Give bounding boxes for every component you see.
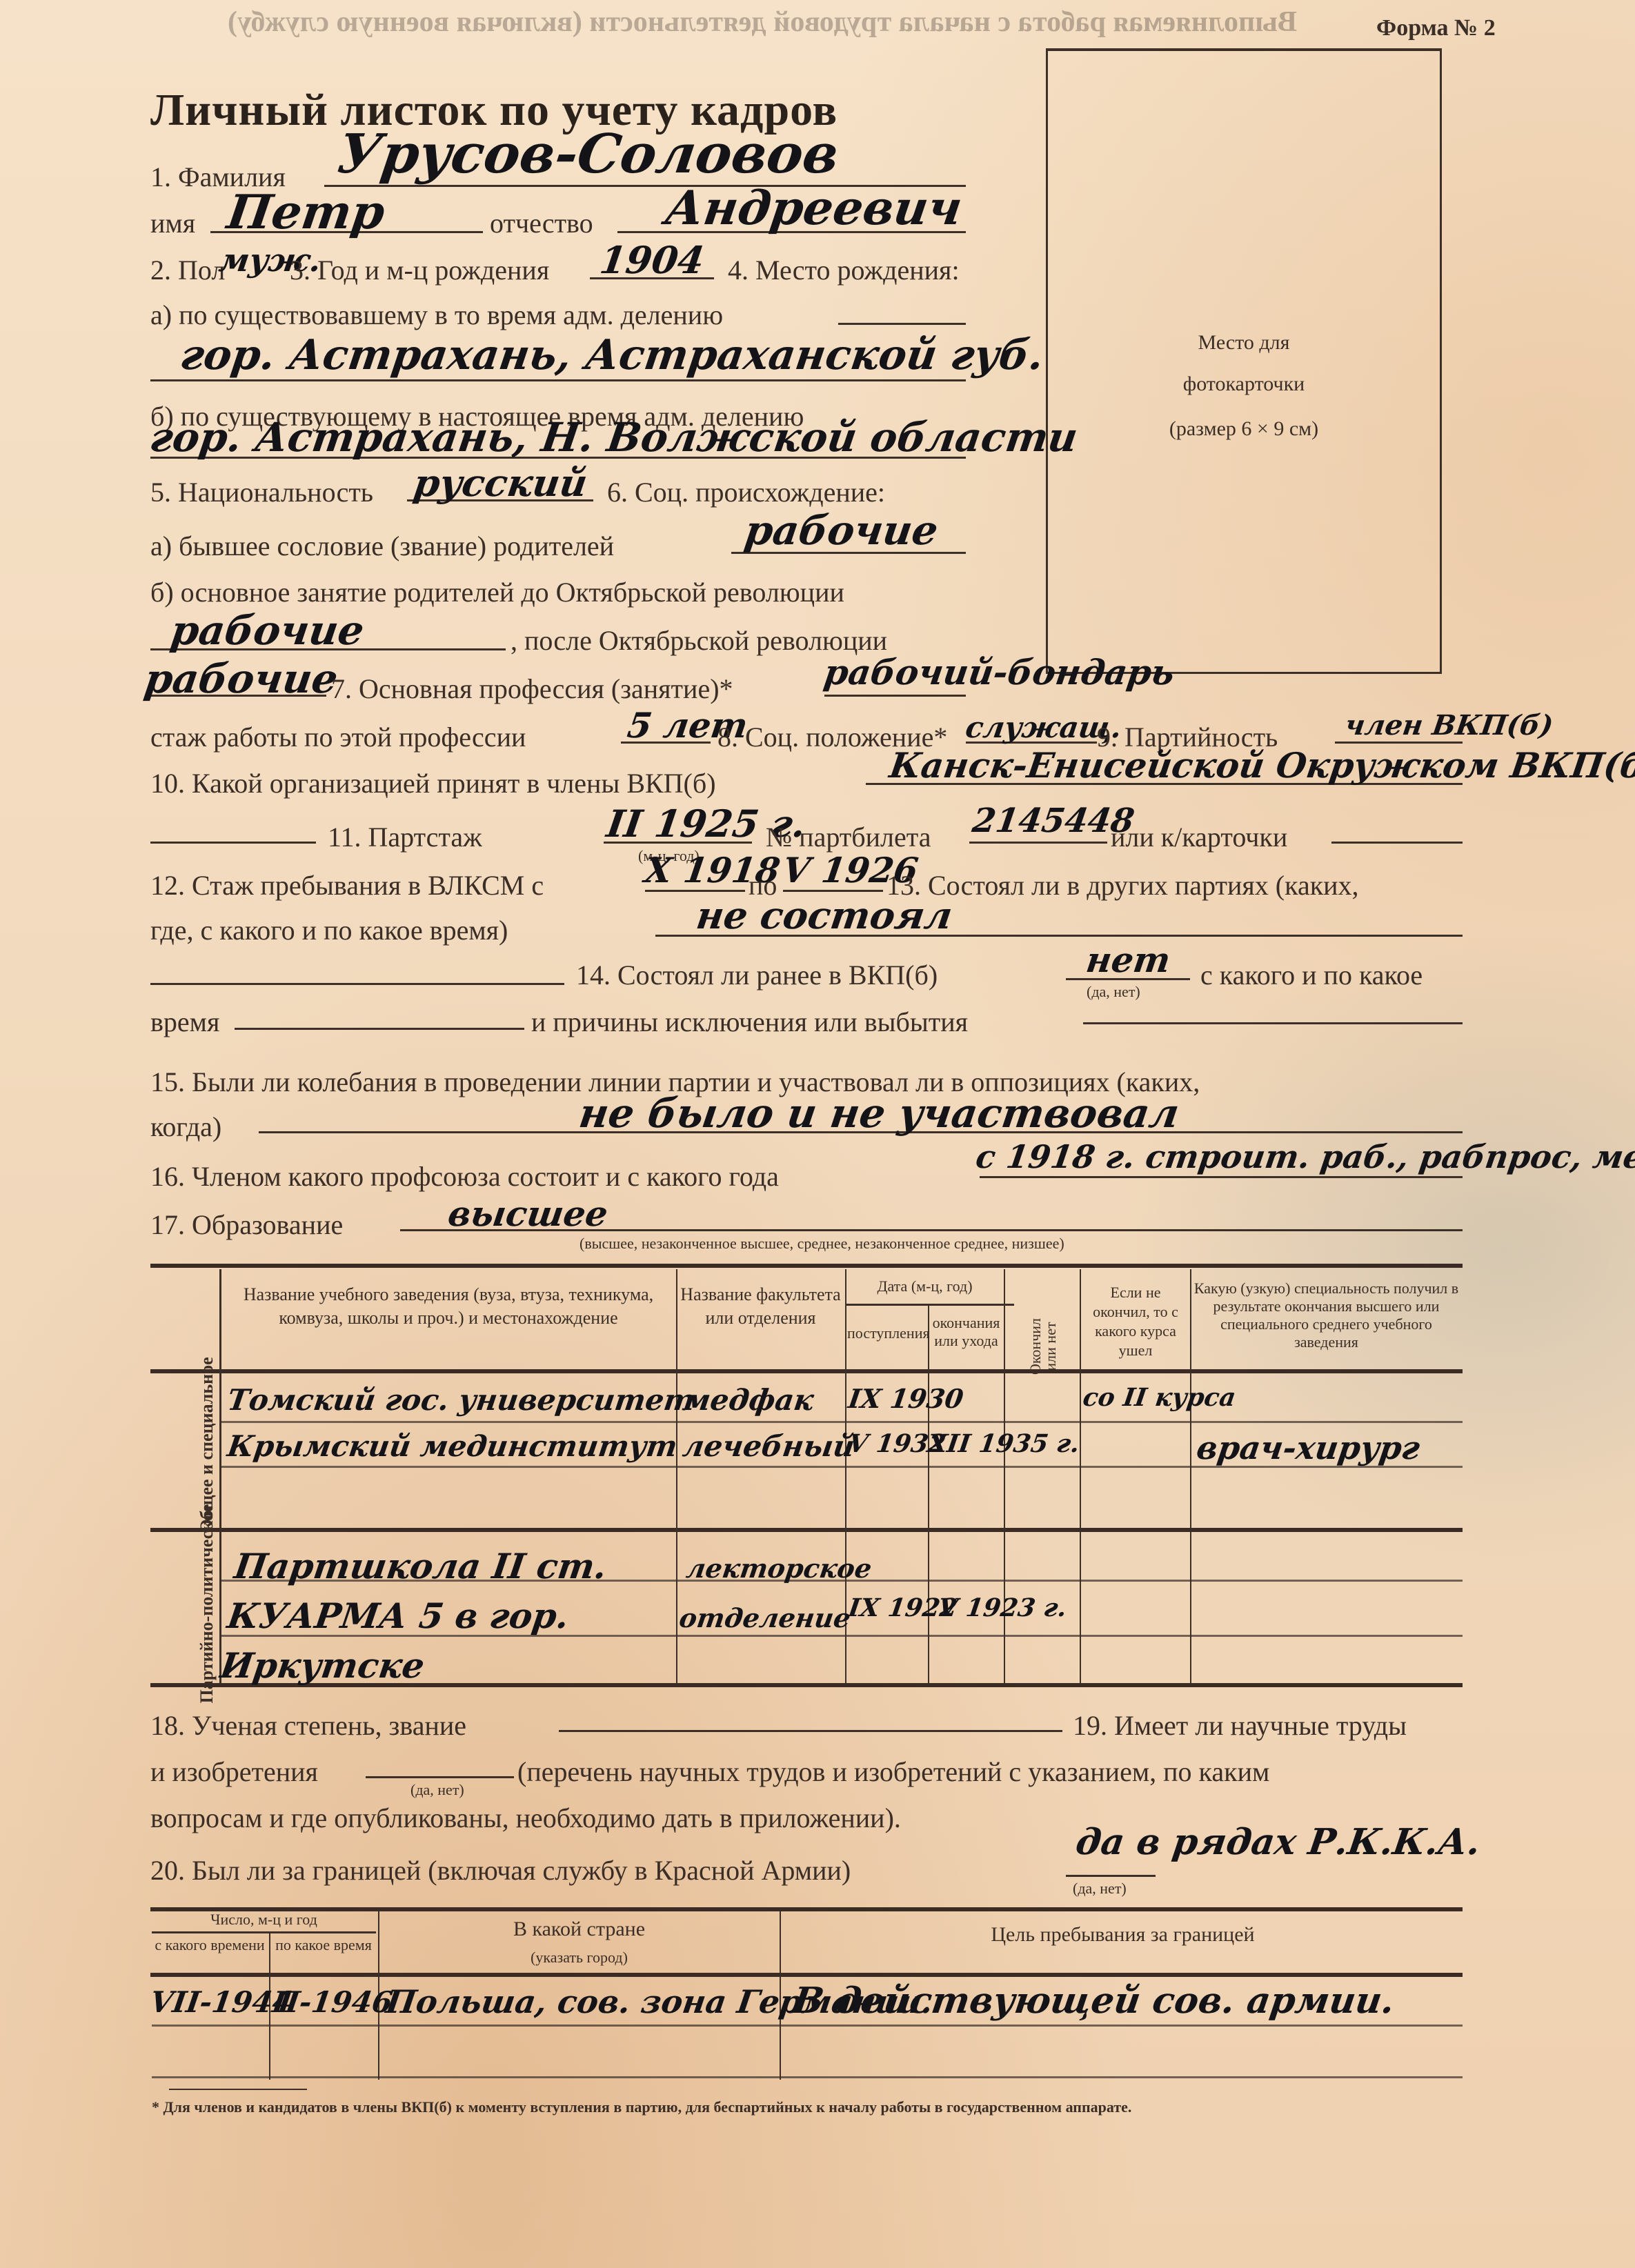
abroad-header-from: с какого времени [152, 1937, 268, 1953]
edu-row2-finished: XII 1935 г. [926, 1429, 1082, 1458]
edu-section-party: Партийно-политическое [197, 1500, 217, 1707]
former-member-label2: с какого и по какое [1200, 959, 1423, 991]
surname-value: Урусов-Соловов [334, 123, 843, 186]
birth-label: 3. Год и м-ц рождения [290, 254, 549, 286]
edu-header-faculty: Название факультета или отделения [680, 1283, 842, 1330]
admitted-by-label: 10. Какой организацией принят в члены ВК… [150, 767, 716, 799]
trade-union-value: с 1918 г. строит. раб., рабпрос, медсант… [973, 1138, 1635, 1175]
candidate-card-label: или к/карточки [1111, 821, 1287, 853]
patronymic-label: отчество [490, 207, 593, 239]
document-page: Выполняемая работа с начала трудовой дея… [0, 0, 1635, 2268]
birthplace-label: 4. Место рождения: [728, 254, 960, 286]
scientific-works-label2: и изобретения [150, 1755, 318, 1788]
social-origin-label: 6. Соц. происхождение: [607, 476, 885, 508]
admitted-by-value: Канск-Енисейской Окружком ВКП(б) [887, 745, 1635, 786]
edu-row2-specialty: врач-хирург [1194, 1429, 1422, 1466]
degree-label: 18. Ученая степень, звание [150, 1709, 466, 1742]
parents-estate-value: рабочие [742, 507, 941, 554]
birthplace-new-value: гор. Астрахань, Н. Волжской области [147, 414, 1080, 461]
abroad-header-country: В какой стране [381, 1918, 777, 1941]
scientific-works-note2: вопросам и где опубликованы, необходимо … [150, 1802, 901, 1834]
edu-row1-institution: Томский гос. университет [226, 1383, 697, 1417]
abroad-header-dates: Число, м-ц и год [152, 1911, 376, 1929]
edu-row3-finished: V 1923 г. [936, 1593, 1069, 1622]
party-value: член ВКП(б) [1343, 709, 1556, 742]
other-parties-value: не состоял [694, 893, 955, 937]
edu-row1-course-left: со II курса [1081, 1383, 1238, 1412]
photo-box-line3: (размер 6 × 9 см) [1046, 417, 1442, 441]
edu-header-specialty: Какую (узкую) специальность получил в ре… [1193, 1280, 1459, 1351]
former-member-label4: и причины исключения или выбытия [531, 1006, 968, 1038]
parents-estate-label: а) бывшее сословие (звание) родителей [150, 530, 614, 562]
experience-label: стаж работы по этой профессии [150, 721, 526, 753]
trade-union-label: 16. Членом какого профсоюза состоит и с … [150, 1160, 779, 1193]
edu-row3-faculty: лекторское отделение [676, 1544, 849, 1643]
education-label: 17. Образование [150, 1208, 343, 1241]
bleed-through-text: Выполняемая работа с начала трудовой дея… [228, 6, 1297, 39]
footnote: * Для членов и кандидатов в члены ВКП(б)… [152, 2097, 1463, 2118]
edu-header-course-left: Если не окончил, то с какого курса ушел [1083, 1283, 1188, 1360]
birthplace-old-label: а) по существовавшему в то время адм. де… [150, 299, 723, 331]
abroad-hint: (да, нет) [1073, 1880, 1127, 1898]
komsomol-label: 12. Стаж пребывания в ВЛКСМ с [150, 869, 544, 902]
first-name-value: Петр [224, 185, 388, 240]
other-parties-label: 13. Состоял ли в других партиях (каких, [886, 869, 1359, 902]
edu-row1-entered: IX 1930 [846, 1383, 966, 1414]
education-hint: (высшее, незаконченное высшее, среднее, … [579, 1235, 1064, 1253]
edu-row2-faculty: лечебный [681, 1429, 857, 1463]
parents-occupation-before-value: рабочие [168, 607, 367, 654]
other-parties-label2: где, с какого и по какое время) [150, 914, 508, 946]
scientific-works-note: (перечень научных трудов и изобретений с… [517, 1755, 1269, 1788]
oppositions-value: не было и не участвовал [576, 1090, 1182, 1137]
edu-header-entered: поступления [847, 1324, 926, 1342]
scientific-works-hint: (да, нет) [410, 1781, 464, 1799]
edu-header-date: Дата (м-ц, год) [847, 1277, 1002, 1295]
nationality-value: русский [411, 461, 591, 505]
former-member-label: 14. Состоял ли ранее в ВКП(б) [576, 959, 938, 991]
oppositions-label2: когда) [150, 1111, 221, 1143]
edu-header-finished: окончания или ухода [930, 1314, 1002, 1350]
photo-box-line2: фотокарточки [1046, 372, 1442, 396]
profession-value: рабочий-бондарь [822, 652, 1177, 693]
photo-box-line1: Место для [1046, 331, 1442, 355]
edu-header-institution: Название учебного заведения (вуза, втуза… [224, 1283, 673, 1330]
edu-row2-institution: Крымский мединститут [226, 1429, 680, 1463]
former-member-hint: (да, нет) [1087, 983, 1140, 1001]
education-value: высшее [446, 1193, 611, 1234]
abroad-label: 20. Был ли за границей (включая службу в… [150, 1854, 851, 1887]
birthplace-old-value: гор. Астрахань, Астраханской губ. [177, 331, 1047, 379]
nationality-label: 5. Национальность [150, 476, 373, 508]
photo-box [1046, 48, 1442, 674]
form-number: Форма № 2 [1376, 15, 1496, 41]
birth-value: 1904 [597, 238, 707, 282]
party-card-label: № партбилета [766, 821, 931, 853]
former-member-value: нет [1084, 939, 1173, 980]
scientific-works-label: 19. Имеет ли научные труды [1073, 1709, 1407, 1742]
abroad-header-purpose: Цель пребывания за границей [783, 1923, 1463, 1947]
parents-occupation-after-value: рабочие [141, 655, 341, 702]
edu-row1-faculty: медфак [681, 1383, 816, 1417]
abroad-row-to: II-1946 [270, 1985, 395, 2019]
patronymic-value: Андреевич [662, 181, 965, 236]
first-name-label: имя [150, 207, 195, 239]
sex-label: 2. Пол [150, 254, 225, 286]
former-member-label3: время [150, 1006, 219, 1038]
profession-label: 7. Основная профессия (занятие)* [331, 673, 733, 705]
edu-header-graduated: Окончил или нет [1028, 1312, 1058, 1381]
party-tenure-label: 11. Партстаж [328, 821, 482, 853]
abroad-header-country-hint: (указать город) [381, 1949, 777, 1967]
abroad-value: да в рядах Р.К.К.А. [1073, 1821, 1483, 1863]
edu-row3-institution: Партшкола II ст. КУАРМА 5 в гор. Иркутск… [217, 1542, 680, 1691]
abroad-row-purpose: В действующей сов. армии. [791, 1980, 1398, 2022]
parents-occupation-before-label: б) основное занятие родителей до Октябрь… [150, 576, 844, 608]
abroad-header-to: по какое время [271, 1937, 376, 1953]
